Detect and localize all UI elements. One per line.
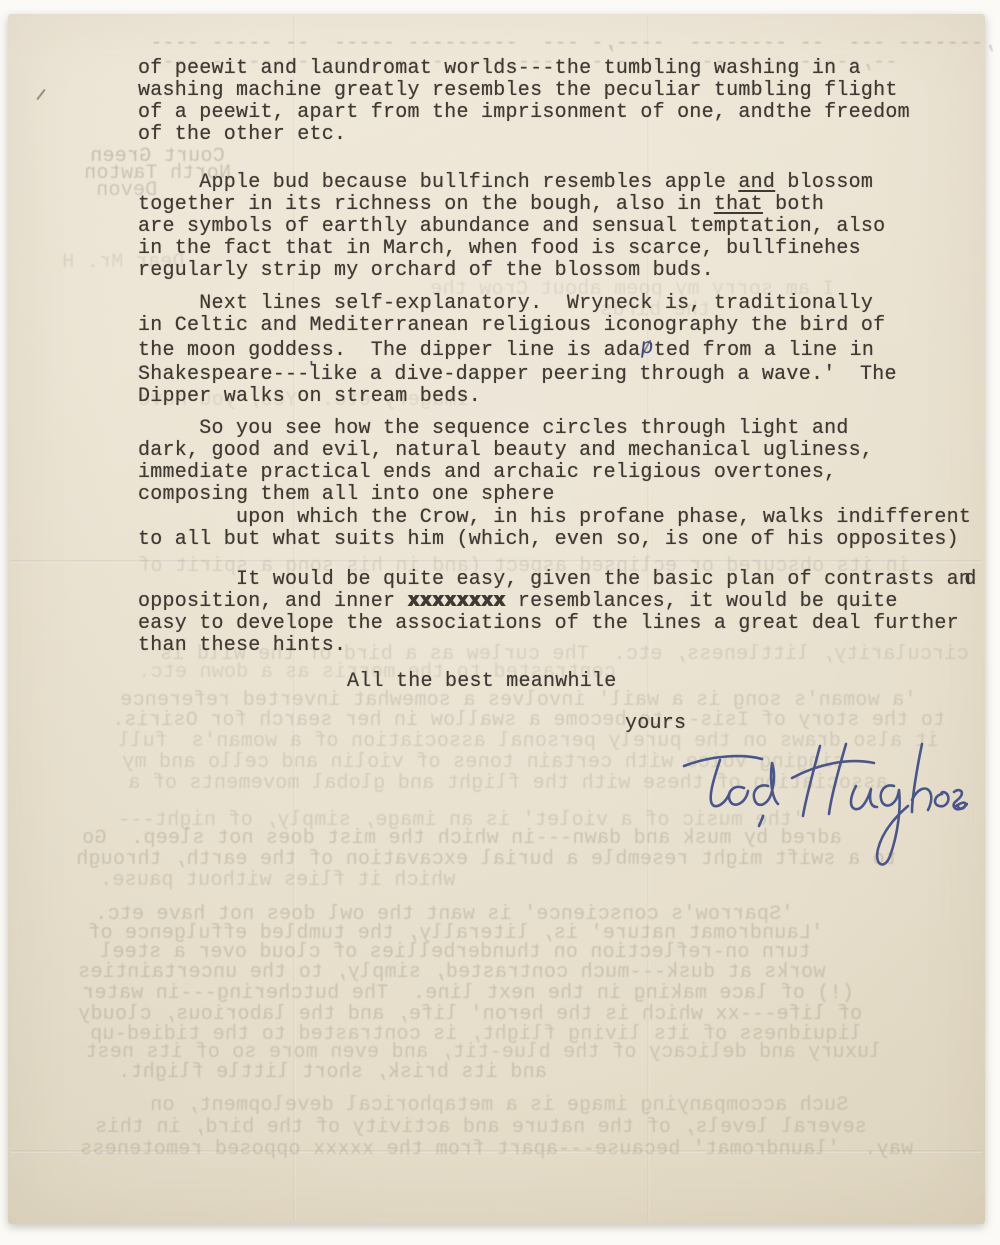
typed-line: Apple bud because bullfinch resembles ap… [138, 172, 885, 194]
letter-paragraph: upon which the Crow, in his profane phas… [138, 507, 971, 551]
typed-line: of peewit and laundromat worlds---the tu… [138, 58, 910, 80]
typed-line: immediate practical ends and archaic rel… [138, 462, 873, 484]
typed-line: to all but what suits him (which, even s… [138, 529, 971, 551]
typed-line: Shakespeare---'like a dive-dapper peerin… [138, 362, 897, 386]
typed-line: the moon goddess. The dipper line is ada… [138, 337, 897, 362]
typed-line: composing them all into one sphere [138, 484, 873, 506]
letter-paragraph: It would be quite easy, given the basic … [138, 569, 975, 657]
typed-line: easy to develope the associations of the… [138, 613, 975, 635]
typed-line: are symbols of earthly abundance and sen… [138, 216, 885, 238]
typed-line: opposition, and inner xxxxxxxx resemblan… [138, 591, 975, 613]
typed-line: of the other etc. [138, 124, 910, 146]
typed-line: Next lines self-explanatory. Wryneck is,… [138, 293, 897, 315]
signature-ink-strokes [684, 744, 967, 864]
typed-line: together in its richness on the bough, a… [138, 194, 885, 216]
typed-line: in the fact that in March, when food is … [138, 238, 885, 260]
typed-line: washing machine greatly resembles the pe… [138, 80, 910, 102]
typed-line: It would be quite easy, given the basic … [138, 569, 975, 591]
typed-line: dark, good and evil, natural beauty and … [138, 440, 873, 462]
typed-line: than these hints. [138, 635, 975, 657]
letter-paragraph: So you see how the sequence circles thro… [138, 418, 873, 506]
valediction: yours [625, 713, 686, 735]
letter-paragraph: Apple bud because bullfinch resembles ap… [138, 172, 885, 282]
typed-line: Dipper walks on stream beds. [138, 386, 897, 408]
typed-text-layer: All the best meanwhile yours of peewit a… [0, 0, 1000, 1245]
typed-line: So you see how the sequence circles thro… [138, 418, 873, 440]
typed-line: upon which the Crow, in his profane phas… [138, 507, 971, 529]
letter-paragraph: of peewit and laundromat worlds---the tu… [138, 58, 910, 146]
typed-line: in Celtic and Mediterranean religious ic… [138, 315, 897, 337]
signature-ted-hughes [668, 742, 968, 874]
typed-line: of a peewit, apart from the imprisonment… [138, 102, 910, 124]
letter-paragraph: Next lines self-explanatory. Wryneck is,… [138, 293, 897, 408]
typed-line: regularly strip my orchard of the blosso… [138, 260, 885, 282]
letter-scan: --- ,------- --- -- -------- ----,- --- … [0, 0, 1000, 1245]
closing-line: All the best meanwhile [347, 671, 617, 693]
